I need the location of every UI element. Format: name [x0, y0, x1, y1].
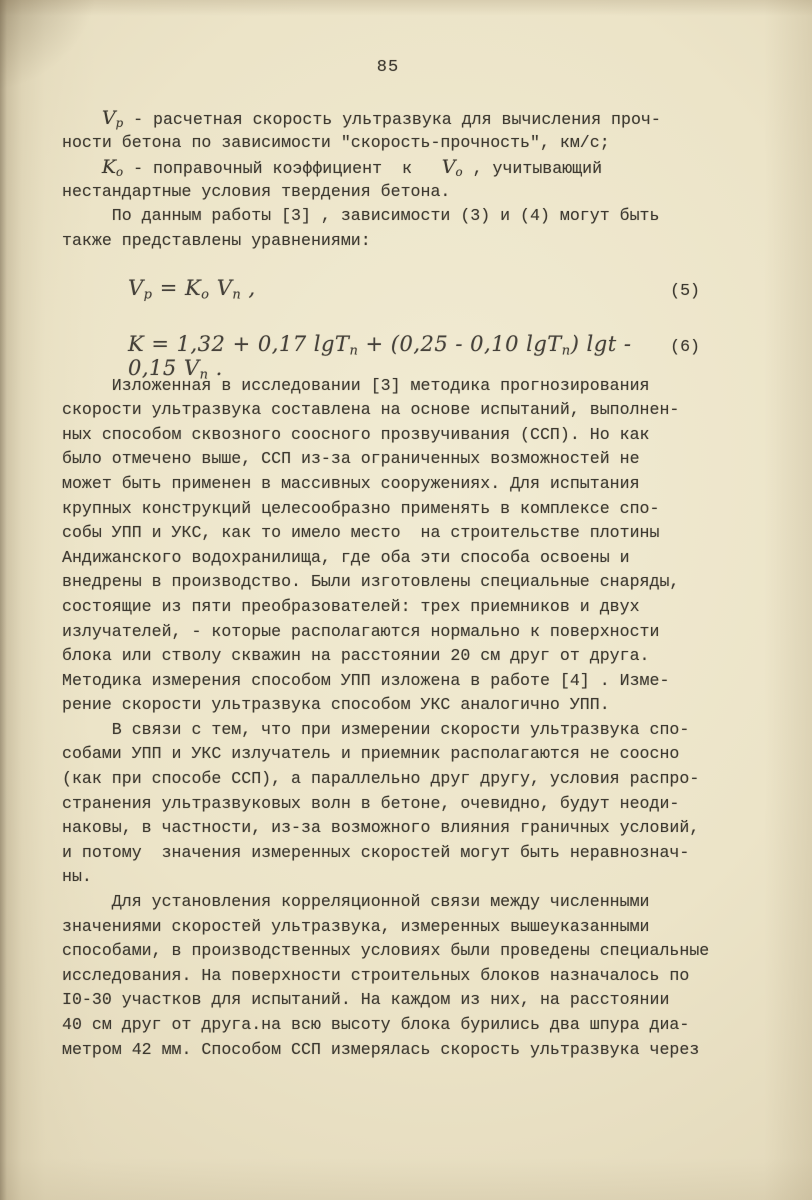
text-line: (как при способе ССП), а параллельно дру… — [62, 767, 762, 792]
text-line: собы УПП и УКС, как то имело место на ст… — [62, 521, 762, 546]
text-line: также представлены уравнениями: — [62, 229, 762, 254]
document-content: 85 Vp - расчетная скорость ультразвука д… — [62, 56, 762, 1062]
text-line: Андижанского водохранилища, где оба эти … — [62, 546, 762, 571]
text-line: крупных конструкций целесообразно примен… — [62, 497, 762, 522]
text-line: Vp - расчетная скорость ультразвука для … — [62, 106, 762, 131]
document-text: Vp - расчетная скорость ультразвука для … — [62, 106, 762, 1062]
text-line: рение скорости ультразвука способом УКС … — [62, 693, 762, 718]
text-line: скорости ультразвука составлена на основ… — [62, 398, 762, 423]
text-line: ны. — [62, 865, 762, 890]
text-line: внедрены в производство. Были изготовлен… — [62, 570, 762, 595]
page-number: 85 — [62, 56, 714, 80]
equation-6-body: K = 1,32 + 0,17 lgTn + (0,25 - 0,10 lgTn… — [128, 332, 670, 380]
text-line: метром 42 мм. Способом ССП измерялась ск… — [62, 1038, 762, 1063]
equation-6: K = 1,32 + 0,17 lgTn + (0,25 - 0,10 lgTn… — [62, 332, 762, 362]
text-line: состоящие из пяти преобразователей: трех… — [62, 595, 762, 620]
equation-5-body: Vp = Ko Vn , — [128, 276, 256, 300]
text-line: способами, в производственных условиях б… — [62, 939, 762, 964]
equation-5-number: (5) — [670, 281, 700, 300]
text-line: По данным работы [3] , зависимости (3) и… — [62, 204, 762, 229]
text-line: нестандартные условия твердения бетона. — [62, 180, 762, 205]
text-line: 40 см друг от друга.на всю высоту блока … — [62, 1013, 762, 1038]
equation-5: Vp = Ko Vn ,(5) — [62, 276, 762, 306]
text-line: было отмечено выше, ССП из-за ограниченн… — [62, 447, 762, 472]
text-line: значениями скоростей ультразвука, измере… — [62, 915, 762, 940]
text-line: I0-30 участков для испытаний. На каждом … — [62, 988, 762, 1013]
text-line: Ko - поправочный коэффициент к Vo , учит… — [62, 155, 762, 180]
text-line: излучателей, - которые располагаются нор… — [62, 620, 762, 645]
text-line: блока или стволу скважин на расстоянии 2… — [62, 644, 762, 669]
text-line: Для установления корреляционной связи ме… — [62, 890, 762, 915]
scanned-document-page: 85 Vp - расчетная скорость ультразвука д… — [0, 0, 812, 1200]
text-line: Методика измерения способом УПП изложена… — [62, 669, 762, 694]
text-line: может быть применен в массивных сооружен… — [62, 472, 762, 497]
equation-6-number: (6) — [670, 337, 700, 356]
text-line: ных способом сквозного соосного прозвучи… — [62, 423, 762, 448]
text-line: странения ультразвуковых волн в бетоне, … — [62, 792, 762, 817]
text-line: и потому значения измеренных скоростей м… — [62, 841, 762, 866]
text-line: собами УПП и УКС излучатель и приемник р… — [62, 742, 762, 767]
text-line: В связи с тем, что при измерении скорост… — [62, 718, 762, 743]
text-line: ности бетона по зависимости "скорость-пр… — [62, 131, 762, 156]
text-line: исследования. На поверхности строительны… — [62, 964, 762, 989]
text-line: наковы, в частности, из-за возможного вл… — [62, 816, 762, 841]
